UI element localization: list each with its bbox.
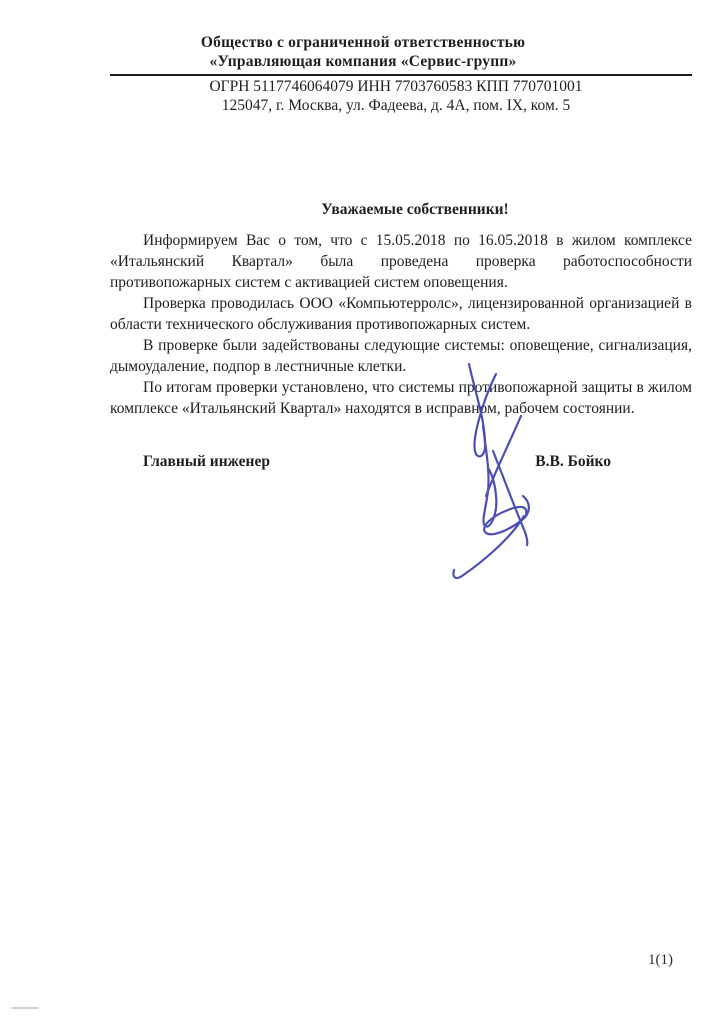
company-requisites: ОГРН 5117746064079 ИНН 7703760583 КПП 77… xyxy=(105,77,687,115)
org-line-2: «Управляющая компания «Сервис-групп» xyxy=(72,52,654,71)
paragraph-1: Информируем Вас о том, что с 15.05.2018 … xyxy=(110,230,692,293)
signer-name: В.В. Бойко xyxy=(535,453,611,471)
salutation: Уважаемые собственники! xyxy=(124,201,706,219)
ogrn-inn-kpp-line: ОГРН 5117746064079 ИНН 7703760583 КПП 77… xyxy=(105,77,687,96)
paragraph-2: Проверка проводилась ООО «Компьютерролс»… xyxy=(110,293,692,335)
paragraph-3: В проверке были задействованы следующие … xyxy=(110,335,692,377)
scanned-letter-page: Общество с ограниченной ответственностью… xyxy=(0,0,723,1024)
scan-artifact-mark xyxy=(11,1007,39,1009)
signer-position-title: Главный инженер xyxy=(143,453,270,471)
organization-name: Общество с ограниченной ответственностью… xyxy=(72,33,654,71)
org-line-1: Общество с ограниченной ответственностью xyxy=(72,33,654,52)
letterhead: Общество с ограниченной ответственностью… xyxy=(110,33,692,115)
letter-body: Информируем Вас о том, что с 15.05.2018 … xyxy=(110,230,692,419)
paragraph-4: По итогам проверки установлено, что сист… xyxy=(110,377,692,419)
header-divider-rule xyxy=(110,74,692,76)
address-line: 125047, г. Москва, ул. Фадеева, д. 4А, п… xyxy=(105,96,687,115)
page-number: 1(1) xyxy=(648,952,673,969)
signature-row: Главный инженер В.В. Бойко xyxy=(143,453,611,471)
